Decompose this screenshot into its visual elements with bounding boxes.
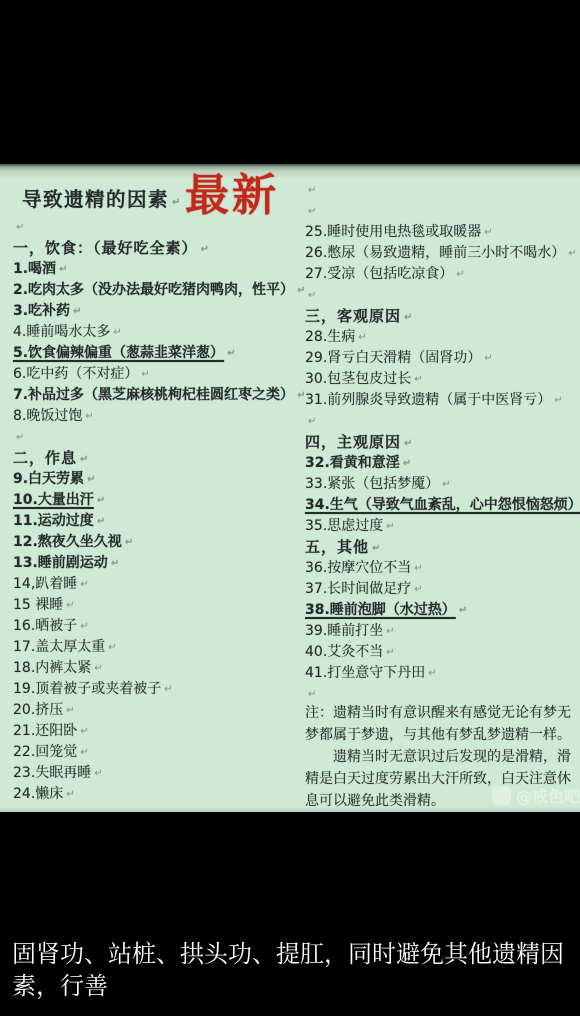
list-item: 25.睡时使用电热毯或取暖器↵ <box>305 222 580 243</box>
list-item-text: 23.失眠再睡 <box>13 765 91 781</box>
list-item-text: 33.紧张（包括梦魇） <box>305 476 439 492</box>
list-item: 35.思虑过度↵ <box>305 516 580 537</box>
list-item: 2.吃肉太多（没办法最好吃猪肉鸭肉，性平）↵ <box>13 280 305 301</box>
paragraph-mark: ↵ <box>201 244 210 255</box>
paragraph-mark: ↵ <box>227 348 235 359</box>
paragraph-mark: ↵ <box>484 227 492 238</box>
paragraph-mark: ↵ <box>414 563 422 574</box>
list-item-text: 40.艾灸不当 <box>305 644 383 660</box>
blank-line: ↵ <box>305 180 580 201</box>
paragraph-mark: ↵ <box>414 584 422 595</box>
caption: 固肾功、站桩、拱头功、提肛，同时避免其他遗精因素，行善 <box>12 938 568 1002</box>
list-item-text: 26.憋尿（易致遗精，睡前三小时不喝水） <box>305 245 565 261</box>
paragraph-mark: ↵ <box>308 689 316 700</box>
paragraph-mark: ↵ <box>94 663 102 674</box>
list-item-text: 19.顶着被子或夹着被子 <box>13 681 161 697</box>
list-item-text: 11.运动过度 <box>13 513 94 529</box>
document-sheet: 导致遗精的因素↵ 最新 ↵一，饮食：（最好吃全素）↵1.喝酒↵2.吃肉太多（没办… <box>0 164 580 812</box>
blank-line: ↵ <box>13 427 305 448</box>
list-item: 40.艾灸不当↵ <box>305 642 580 663</box>
paragraph-mark: ↵ <box>85 411 93 422</box>
list-item: 26.憋尿（易致遗精，睡前三小时不喝水）↵ <box>305 243 580 264</box>
list-item-text: 6.吃中药（不对症） <box>13 366 138 382</box>
paragraph-mark: ↵ <box>456 269 464 280</box>
list-item-text: 21.还阳卧 <box>13 723 77 739</box>
list-item: 30.包茎包皮过长↵ <box>305 369 580 390</box>
new-stamp: 最新 <box>185 174 279 218</box>
section-heading: 二，作息↵ <box>13 448 305 469</box>
list-item-text: 4.睡前喝水太多 <box>13 324 110 340</box>
list-item-text: 一，饮食：（最好吃全素） <box>13 239 198 257</box>
list-item: 13.睡前剧运动↵ <box>13 553 305 574</box>
list-item: 18.内裤太紧↵ <box>13 658 305 679</box>
list-item: 22.回笼觉↵ <box>13 742 305 763</box>
list-item-text: 10.大量出汗 <box>13 492 94 508</box>
paragraph-mark: ↵ <box>94 768 102 779</box>
list-item: 38.睡前泡脚（水过热）↵ <box>305 600 580 621</box>
watermark: @戒色吧 <box>492 784 580 807</box>
list-item: 3.吃补药↵ <box>13 301 305 322</box>
list-item: 29.肾亏白天滑精（固肾功）↵ <box>305 348 580 369</box>
list-item-text: 12.熬夜久坐久视 <box>13 534 122 550</box>
list-item: 32.看黄和意淫↵ <box>305 453 580 474</box>
paragraph-mark: ↵ <box>358 332 366 343</box>
blank-line: ↵ <box>305 201 580 222</box>
list-item-text: 3.吃补药 <box>13 303 70 319</box>
left-column: ↵一，饮食：（最好吃全素）↵1.喝酒↵2.吃肉太多（没办法最好吃猪肉鸭肉，性平）… <box>13 217 305 805</box>
paragraph-mark: ↵ <box>386 626 394 637</box>
paragraph-mark: ↵ <box>164 684 172 695</box>
screenshot-root: 导致遗精的因素↵ 最新 ↵一，饮食：（最好吃全素）↵1.喝酒↵2.吃肉太多（没办… <box>0 0 580 1016</box>
list-item: 17.盖太厚太重↵ <box>13 637 305 658</box>
list-item: 27.受凉（包括吃凉食）↵ <box>305 264 580 285</box>
list-item-text: 7.补品过多（黑芝麻核桃枸杞桂圆红枣之类） <box>13 387 294 403</box>
list-item-text: 1.喝酒 <box>13 261 56 277</box>
paragraph-mark: ↵ <box>80 726 88 737</box>
paragraph-mark: ↵ <box>428 668 436 679</box>
list-item-text: 四，主观原因 <box>305 433 401 451</box>
list-item-text: 28.生病 <box>305 329 355 345</box>
list-item: 5.饮食偏辣偏重（葱蒜韭菜洋葱）↵ <box>13 343 305 364</box>
list-item-text: 35.思虑过度 <box>305 518 383 534</box>
paragraph-mark: ↵ <box>141 369 149 380</box>
paragraph-mark: ↵ <box>59 264 67 275</box>
paragraph-mark: ↵ <box>66 705 74 716</box>
paragraph-mark: ↵ <box>308 185 316 196</box>
paragraph-mark: ↵ <box>308 290 316 301</box>
paragraph-mark: ↵ <box>484 353 492 364</box>
paragraph-mark: ↵ <box>372 543 381 554</box>
list-item: 37.长时间做足疗↵ <box>305 579 580 600</box>
list-item-text: 16.晒被子 <box>13 618 77 634</box>
list-item: 28.生病↵ <box>305 327 580 348</box>
paragraph-mark: ↵ <box>80 579 88 590</box>
list-item-text: 2.吃肉太多（没办法最好吃猪肉鸭肉，性平） <box>13 282 294 298</box>
paragraph-mark: ↵ <box>308 416 316 427</box>
paragraph-mark: ↵ <box>80 621 88 632</box>
list-item: 4.睡前喝水太多↵ <box>13 322 305 343</box>
paragraph-mark: ↵ <box>568 248 576 259</box>
list-item-text: 二，作息 <box>13 449 77 467</box>
list-item-text: 41.打坐意守下丹田 <box>305 665 425 681</box>
list-item: 12.熬夜久坐久视↵ <box>13 532 305 553</box>
list-item-text: 32.看黄和意淫 <box>305 455 400 471</box>
note-paragraph: 注：遗精当时有意识醒来有感觉无论有梦无梦都属于梦遗，与其他有梦乱梦遗精一样。 <box>305 702 577 746</box>
list-item: 24.懒床↵ <box>13 784 305 805</box>
blank-line: ↵ <box>13 217 305 238</box>
paragraph-mark: ↵ <box>108 642 116 653</box>
list-item: 16.晒被子↵ <box>13 616 305 637</box>
paragraph-mark: ↵ <box>414 374 422 385</box>
paragraph-mark: ↵ <box>403 458 411 469</box>
list-item-text: 20.挤压 <box>13 702 63 718</box>
list-item-text: 25.睡时使用电热毯或取暖器 <box>305 224 481 240</box>
paragraph-mark: ↵ <box>80 747 88 758</box>
list-item-text: 39.睡前打坐 <box>305 623 383 639</box>
list-item-text: 37.长时间做足疗 <box>305 581 411 597</box>
blank-line: ↵ <box>305 411 580 432</box>
paragraph-mark: ↵ <box>16 222 24 233</box>
list-item: 21.还阳卧↵ <box>13 721 305 742</box>
list-item: 15 裸睡↵ <box>13 595 305 616</box>
paragraph-mark: ↵ <box>554 395 562 406</box>
list-item: 33.紧张（包括梦魇）↵ <box>305 474 580 495</box>
paragraph-mark: ↵ <box>113 327 121 338</box>
section-heading: 一，饮食：（最好吃全素）↵ <box>13 238 305 259</box>
list-item-text: 9.白天劳累 <box>13 471 84 487</box>
paragraph-mark: ↵ <box>125 537 133 548</box>
list-item-text: 五，其他 <box>305 538 369 556</box>
watermark-label: @戒色吧 <box>516 784 580 807</box>
list-item-text: 8.晚饭过饱 <box>13 408 82 424</box>
list-item: 34.生气（导致气血紊乱，心中怨恨恼怒烦）↵ <box>305 495 580 516</box>
list-item-text: 30.包茎包皮过长 <box>305 371 411 387</box>
list-item-text: 18.内裤太紧 <box>13 660 91 676</box>
paragraph-mark: ↵ <box>97 516 105 527</box>
page-title: 导致遗精的因素↵ <box>22 184 182 212</box>
list-item: 36.按摩穴位不当↵ <box>305 558 580 579</box>
list-item: 8.晚饭过饱↵ <box>13 406 305 427</box>
list-item-text: 29.肾亏白天滑精（固肾功） <box>305 350 481 366</box>
list-item-text: 三，客观原因 <box>305 307 401 325</box>
list-item-text: 36.按摩穴位不当 <box>305 560 411 576</box>
list-item: 11.运动过度↵ <box>13 511 305 532</box>
paragraph-mark: ↵ <box>80 454 89 465</box>
list-item-text: 38.睡前泡脚（水过热） <box>305 602 456 618</box>
paragraph-mark: ↵ <box>308 206 316 217</box>
paragraph-mark: ↵ <box>404 438 413 449</box>
list-item-text: 31.前列腺炎导致遗精（属于中医肾亏） <box>305 392 551 408</box>
list-item: 41.打坐意守下丹田↵ <box>305 663 580 684</box>
paragraph-mark: ↵ <box>404 312 413 323</box>
paragraph-mark: ↵ <box>459 605 467 616</box>
paragraph-mark: ↵ <box>442 479 450 490</box>
blank-line: ↵ <box>305 285 580 306</box>
list-item: 14,趴着睡↵ <box>13 574 305 595</box>
section-heading: 四，主观原因↵ <box>305 432 580 453</box>
paragraph-mark: ↵ <box>73 306 81 317</box>
list-item: 20.挤压↵ <box>13 700 305 721</box>
list-item-text: 13.睡前剧运动 <box>13 555 108 571</box>
watermark-app-icon <box>492 786 511 805</box>
list-item: 9.白天劳累↵ <box>13 469 305 490</box>
list-item-text: 5.饮食偏辣偏重（葱蒜韭菜洋葱） <box>13 345 224 361</box>
paragraph-mark: ↵ <box>16 432 24 443</box>
paragraph-mark: ↵ <box>66 789 74 800</box>
paragraph-mark: ↵ <box>97 495 105 506</box>
list-item-text: 14,趴着睡 <box>13 576 77 592</box>
section-heading: 五，其他↵ <box>305 537 580 558</box>
list-item: 39.睡前打坐↵ <box>305 621 580 642</box>
list-item: 7.补品过多（黑芝麻核桃枸杞桂圆红枣之类）↵ <box>13 385 305 406</box>
list-item-text: 17.盖太厚太重 <box>13 639 105 655</box>
right-column: ↵↵25.睡时使用电热毯或取暖器↵26.憋尿（易致遗精，睡前三小时不喝水）↵27… <box>305 180 580 705</box>
paragraph-mark: ↵ <box>66 600 74 611</box>
list-item-text: 34.生气（导致气血紊乱，心中怨恨恼怒烦） <box>305 497 580 513</box>
list-item-text: 24.懒床 <box>13 786 63 802</box>
list-item: 1.喝酒↵ <box>13 259 305 280</box>
paragraph-mark: ↵ <box>386 647 394 658</box>
list-item-text: 27.受凉（包括吃凉食） <box>305 266 453 282</box>
list-item-text: 15 裸睡 <box>13 597 63 613</box>
list-item: 19.顶着被子或夹着被子↵ <box>13 679 305 700</box>
section-heading: 三，客观原因↵ <box>305 306 580 327</box>
list-item: 23.失眠再睡↵ <box>13 763 305 784</box>
list-item: 6.吃中药（不对症）↵ <box>13 364 305 385</box>
paragraph-mark: ↵ <box>172 197 182 208</box>
paragraph-mark: ↵ <box>87 474 95 485</box>
list-item: 31.前列腺炎导致遗精（属于中医肾亏）↵ <box>305 390 580 411</box>
list-item-text: 22.回笼觉 <box>13 744 77 760</box>
list-item: 10.大量出汗↵ <box>13 490 305 511</box>
page-title-text: 导致遗精的因素 <box>22 188 169 211</box>
paragraph-mark: ↵ <box>111 558 119 569</box>
paragraph-mark: ↵ <box>386 521 394 532</box>
